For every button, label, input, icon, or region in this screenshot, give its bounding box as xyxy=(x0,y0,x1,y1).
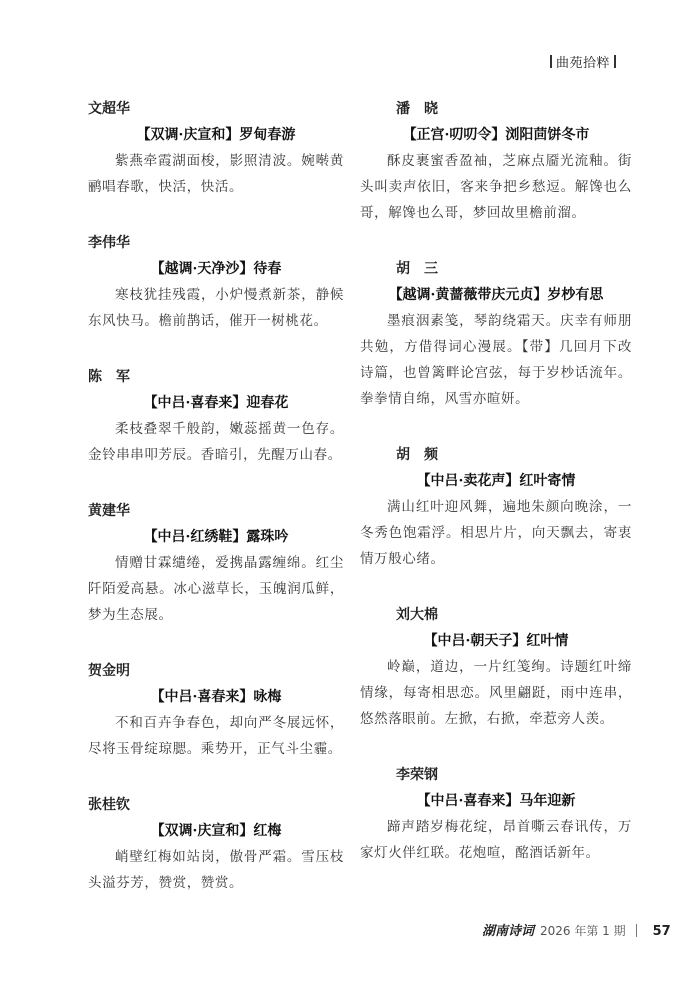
poem-text: 不和百卉争春色，却向严冬展远怀，尽将玉骨绽琼腮。乘势开，正气斗尘霾。 xyxy=(88,710,344,762)
poem: 潘 晓 【正宫·叨叨令】浏阳茴饼冬市 酥皮裹蜜香盈袖，芝麻点靥光流釉。街头叫卖声… xyxy=(360,96,632,226)
poem: 胡 频 【中吕·卖花声】红叶寄情 满山红叶迎风舞，遍地朱颜向晚涂，一冬秀色饱霜浮… xyxy=(360,442,632,572)
poem-text: 蹄声踏岁梅花绽，昂首嘶云春讯传，万家灯火伴红联。花炮喧，酩酒话新年。 xyxy=(360,814,632,866)
page-number: 57 xyxy=(653,924,671,939)
poem: 陈 军 【中吕·喜春来】迎春花 柔枝叠翠千般韵，嫩蕊摇黄一色存。金铃串串叩芳辰。… xyxy=(88,364,344,468)
poem-title: 【中吕·卖花声】红叶寄情 xyxy=(360,468,632,494)
poem: 李荣钢 【中吕·喜春来】马年迎新 蹄声踏岁梅花绽，昂首嘶云春讯传，万家灯火伴红联… xyxy=(360,762,632,866)
right-column: 潘 晓 【正宫·叨叨令】浏阳茴饼冬市 酥皮裹蜜香盈袖，芝麻点靥光流釉。街头叫卖声… xyxy=(360,96,632,866)
poem-title: 【中吕·朝天子】红叶情 xyxy=(360,628,632,654)
divider xyxy=(614,55,616,68)
poem: 张桂钦 【双调·庆宣和】红梅 峭壁红梅如站岗，傲骨严霜。雪压枝头溢芬芳，赞赏，赞… xyxy=(88,792,344,896)
section-label: 曲苑拾粹 xyxy=(546,52,620,71)
poem-text: 柔枝叠翠千般韵，嫩蕊摇黄一色存。金铃串串叩芳辰。香暗引，先醒万山春。 xyxy=(88,416,344,468)
poem: 刘大棉 【中吕·朝天子】红叶情 岭巅，道边，一片红笺绚。诗题红叶缔情缘，每寄相思… xyxy=(360,602,632,732)
poem: 黄建华 【中吕·红绣鞋】露珠吟 情赠甘霖缱绻，爱携晶露缠绵。红尘阡陌爱高悬。冰心… xyxy=(88,498,344,628)
poem-title: 【越调·黄蔷薇带庆元贞】岁杪有思 xyxy=(360,282,632,308)
poem-author: 胡 频 xyxy=(360,442,632,468)
poem-author: 刘大棉 xyxy=(360,602,632,628)
poem-author: 胡 三 xyxy=(360,256,632,282)
poem-author: 潘 晓 xyxy=(360,96,632,122)
poem-text: 墨痕洇素笺，琴韵绕霜天。庆幸有师朋共勉，方借得词心漫展。【带】几回月下改诗篇，也… xyxy=(360,308,632,412)
poem-title: 【中吕·喜春来】马年迎新 xyxy=(360,788,632,814)
magazine-logo: 湖南诗词 xyxy=(482,924,534,939)
poem-title: 【中吕·红绣鞋】露珠吟 xyxy=(88,524,344,550)
poem-title: 【中吕·喜春来】迎春花 xyxy=(88,390,344,416)
poem-title: 【越调·天净沙】待春 xyxy=(88,256,344,282)
poem: 李伟华 【越调·天净沙】待春 寒枝犹挂残霞，小炉慢煮新茶，静候东风快马。檐前鹊话… xyxy=(88,230,344,334)
poem-author: 陈 军 xyxy=(88,364,344,390)
poem-text: 满山红叶迎风舞，遍地朱颜向晚涂，一冬秀色饱霜浮。相思片片，向天飘去，寄衷情万般心… xyxy=(360,494,632,572)
poem-text: 岭巅，道边，一片红笺绚。诗题红叶缔情缘，每寄相思恋。风里翩跹，雨中连串，悠然落眼… xyxy=(360,654,632,732)
poem-author: 李伟华 xyxy=(88,230,344,256)
poem-author: 李荣钢 xyxy=(360,762,632,788)
page-footer: 湖南诗词2026 年第 1 期57 xyxy=(482,920,671,939)
issue-label: 2026 年第 1 期 xyxy=(540,924,626,938)
poem-author: 黄建华 xyxy=(88,498,344,524)
divider xyxy=(550,55,552,68)
divider xyxy=(636,924,637,937)
poem-text: 紫燕牵霞湖面梭，影照清波。婉啭黄鹂唱春歌，快活，快活。 xyxy=(88,148,344,200)
poem-text: 寒枝犹挂残霞，小炉慢煮新茶，静候东风快马。檐前鹊话，催开一树桃花。 xyxy=(88,282,344,334)
left-column: 文超华 【双调·庆宣和】罗甸春游 紫燕牵霞湖面梭，影照清波。婉啭黄鹂唱春歌，快活… xyxy=(88,96,344,896)
poem-title: 【双调·庆宣和】罗甸春游 xyxy=(88,122,344,148)
section-label-text: 曲苑拾粹 xyxy=(556,56,610,71)
poem-author: 张桂钦 xyxy=(88,792,344,818)
poem: 文超华 【双调·庆宣和】罗甸春游 紫燕牵霞湖面梭，影照清波。婉啭黄鹂唱春歌，快活… xyxy=(88,96,344,200)
poem-text: 峭壁红梅如站岗，傲骨严霜。雪压枝头溢芬芳，赞赏，赞赏。 xyxy=(88,844,344,896)
poem-author: 文超华 xyxy=(88,96,344,122)
poem-text: 情赠甘霖缱绻，爱携晶露缠绵。红尘阡陌爱高悬。冰心滋草长，玉魄润瓜鲜，梦为生态展。 xyxy=(88,550,344,628)
poem: 胡 三 【越调·黄蔷薇带庆元贞】岁杪有思 墨痕洇素笺，琴韵绕霜天。庆幸有师朋共勉… xyxy=(360,256,632,412)
poem-title: 【中吕·喜春来】咏梅 xyxy=(88,684,344,710)
poem-title: 【正宫·叨叨令】浏阳茴饼冬市 xyxy=(360,122,632,148)
poem-title: 【双调·庆宣和】红梅 xyxy=(88,818,344,844)
poem-text: 酥皮裹蜜香盈袖，芝麻点靥光流釉。街头叫卖声依旧，客来争把乡愁逗。解馋也么哥，解馋… xyxy=(360,148,632,226)
poem: 贺金明 【中吕·喜春来】咏梅 不和百卉争春色，却向严冬展远怀，尽将玉骨绽琼腮。乘… xyxy=(88,658,344,762)
poem-author: 贺金明 xyxy=(88,658,344,684)
